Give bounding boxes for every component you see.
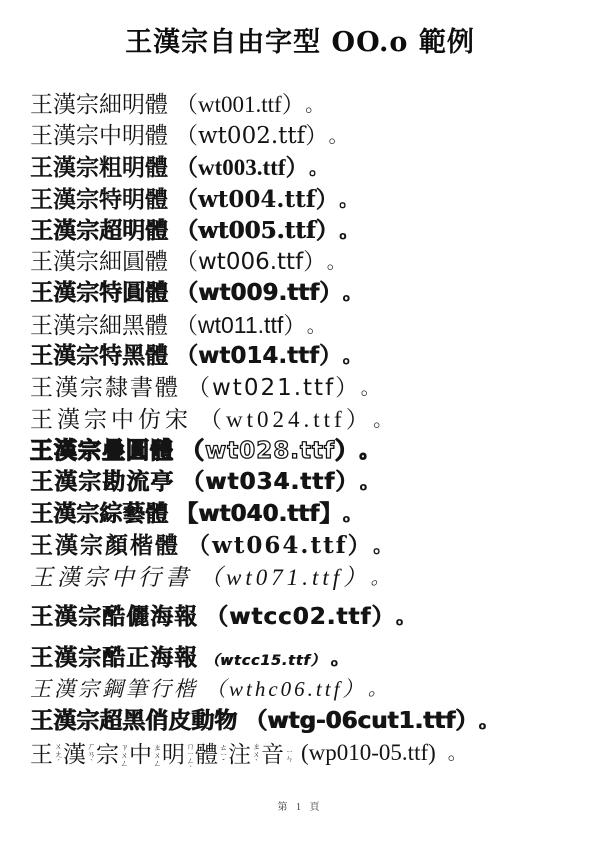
han-character: 中: [129, 739, 152, 771]
ideographic-period: 。: [368, 679, 390, 700]
font-name: 王漢宗細明體: [30, 92, 168, 117]
zhuyin-ruby: ㄗㄨㄥ: [120, 743, 128, 767]
han-character: 注: [228, 739, 251, 771]
font-name: 王漢宗酷儷海報: [30, 604, 198, 630]
font-sample-row: 王漢宗特明體（wt004.ttf）。: [30, 184, 600, 216]
font-sample-row: 王漢宗特圓體（wt009.ttf）。: [30, 278, 600, 310]
font-name: 王漢宗顏楷體: [30, 532, 180, 559]
ideographic-period: 。: [371, 568, 394, 589]
zhuyin-annotated-char: 漢ㄏㄢˋ: [63, 739, 96, 771]
ideographic-period: 。: [479, 710, 498, 732]
font-sample-row: 王漢宗隸書體（wt021.ttf）。: [30, 373, 600, 405]
han-character: 王: [30, 739, 53, 771]
font-filename: （wt034.ttf）: [181, 469, 348, 495]
ideographic-period: 。: [343, 345, 362, 367]
zhuyin-annotated-char: 注ㄓㄨˋ: [228, 739, 261, 771]
han-character: 音: [261, 739, 284, 771]
ideographic-period: 。: [309, 158, 328, 179]
font-name: 王漢宗超黑俏皮動物: [30, 708, 237, 734]
font-filename: (wp010-05.ttf): [301, 740, 436, 765]
font-name: 王漢宗中仿宋: [30, 407, 192, 432]
font-sample-row: 王漢宗特黑體（wt014.ttf）。: [30, 341, 600, 373]
font-sample-row: 王漢宗鋼筆行楷（wthc06.ttf）。: [30, 674, 600, 706]
ideographic-period: 。: [396, 606, 416, 628]
font-filename: （wt003.ttf）: [175, 155, 297, 180]
zhuyin-annotated-char: 體ㄊㄧˇ: [195, 739, 228, 771]
page-title: 王漢宗自由字型 OO.o 範例: [0, 26, 600, 59]
ideographic-period: 。: [343, 282, 362, 304]
font-filename: （wt006.ttf）: [175, 249, 315, 275]
font-name: 王漢宗勘流亭: [30, 469, 174, 495]
font-filename: （wt002.ttf）: [175, 123, 317, 149]
document-page: 王漢宗自由字型 OO.o 範例 王漢宗細明體（wt001.ttf）。王漢宗中明體…: [0, 0, 600, 848]
ideographic-period: 。: [329, 125, 348, 147]
zhuyin-ruby: ㄇㄧㄥˊ: [186, 742, 194, 768]
zhuyin-ruby: ㄨㄤˊ: [54, 742, 62, 767]
font-sample-row: 王漢宗顏楷體（wt064.ttf）。: [30, 530, 600, 562]
ideographic-period: 。: [360, 440, 380, 462]
font-name: 王漢宗特明體: [30, 186, 168, 213]
font-filename: （wt009.ttf）: [175, 280, 331, 306]
ideographic-period: 。: [339, 189, 358, 211]
font-name: 王漢宗鋼筆行楷: [30, 677, 198, 701]
font-filename: （wt021.ttf）: [187, 375, 349, 401]
font-sample-row: 王漢宗粗明體（wt003.ttf）。: [30, 152, 600, 184]
han-character: 體: [195, 739, 218, 771]
font-name: 王漢宗隸書體: [30, 375, 180, 401]
font-sample-row: 王漢宗超明體（wt005.ttf）。: [30, 215, 600, 247]
zhuyin-ruby: ㄓㄨㄥ: [153, 743, 161, 767]
ideographic-period: 。: [307, 316, 326, 337]
ideographic-period: 。: [361, 377, 382, 399]
font-sample-row: 王ㄨㄤˊ漢ㄏㄢˋ宗ㄗㄨㄥ中ㄓㄨㄥ明ㄇㄧㄥˊ體ㄊㄧˇ注ㄓㄨˋ音ㄧㄣ(wp010-0…: [30, 737, 600, 769]
font-name: 王漢宗中行書: [30, 565, 192, 590]
font-sample-list: 王漢宗細明體（wt001.ttf）。王漢宗中明體（wt002.ttf）。王漢宗粗…: [0, 89, 600, 769]
font-filename: （wt024.ttf）: [199, 407, 361, 432]
font-sample-row: 王漢宗細圓體（wt006.ttf）。: [30, 247, 600, 279]
font-filename: （wt071.ttf）: [199, 565, 359, 590]
font-filename: （wt028.ttf）: [181, 438, 348, 464]
ideographic-period: 。: [343, 503, 362, 525]
zhuyin-ruby: ㄏㄢˋ: [87, 742, 95, 767]
font-name: 王漢宗中明體: [30, 123, 168, 149]
font-filename: （wt011.ttf）: [175, 312, 295, 338]
zhuyin-annotated-char: 宗ㄗㄨㄥ: [96, 739, 129, 771]
ideographic-period: 。: [339, 220, 358, 242]
ideographic-period: 。: [331, 647, 351, 669]
font-name: 王漢宗疊圓體: [30, 438, 174, 464]
font-sample-row: 王漢宗超黑俏皮動物（wtg-06cut1.ttf）。: [30, 706, 600, 738]
font-sample-row: 王漢宗疊圓體（wt028.ttf）。: [30, 436, 600, 468]
zhuyin-ruby: ㄓㄨˋ: [252, 742, 260, 767]
font-name: 王ㄨㄤˊ漢ㄏㄢˋ宗ㄗㄨㄥ中ㄓㄨㄥ明ㄇㄧㄥˊ體ㄊㄧˇ注ㄓㄨˋ音ㄧㄣ: [30, 740, 294, 765]
ideographic-period: 。: [373, 535, 394, 557]
font-name: 王漢宗細圓體: [30, 249, 168, 275]
font-name: 王漢宗粗明體: [30, 155, 168, 180]
han-character: 宗: [96, 739, 119, 771]
font-filename: （wt001.ttf）: [175, 92, 293, 117]
font-name: 王漢宗酷正海報: [30, 645, 198, 671]
font-filename: （wt014.ttf）: [175, 343, 331, 369]
font-filename: （wt004.ttf）: [175, 186, 327, 213]
ideographic-period: 。: [360, 471, 380, 493]
ideographic-period: 。: [448, 743, 467, 764]
font-filename: （wtg-06cut1.ttf）: [244, 708, 467, 734]
font-name: 王漢宗特圓體: [30, 280, 168, 306]
zhuyin-ruby: ㄊㄧˇ: [219, 743, 227, 766]
page-number: 第 1 頁: [0, 798, 600, 813]
font-filename: （wtcc15.ttf）: [205, 653, 319, 669]
font-name: 王漢宗超明體: [30, 217, 168, 244]
zhuyin-annotated-char: 明ㄇㄧㄥˊ: [162, 739, 195, 771]
zhuyin-annotated-char: 中ㄓㄨㄥ: [129, 739, 162, 771]
font-sample-row: 王漢宗酷正海報（wtcc15.ttf）。: [30, 643, 600, 675]
font-sample-row: 王漢宗中仿宋（wt024.ttf）。: [30, 404, 600, 436]
font-filename: （wt005.ttf）: [175, 217, 327, 244]
ideographic-period: 。: [373, 410, 396, 431]
han-character: 漢: [63, 739, 86, 771]
font-name: 王漢宗綜藝體: [30, 501, 168, 527]
ideographic-period: 。: [327, 251, 346, 273]
font-name: 王漢宗細黑體: [30, 312, 168, 338]
ideographic-period: 。: [305, 95, 324, 116]
font-sample-row: 王漢宗酷儷海報（wtcc02.ttf）。: [30, 602, 600, 634]
font-sample-row: 王漢宗綜藝體【wt040.ttf】。: [30, 499, 600, 531]
font-filename: （wtcc02.ttf）: [205, 604, 384, 630]
font-filename: 【wt040.ttf】: [175, 501, 331, 527]
font-sample-row: 王漢宗中明體（wt002.ttf）。: [30, 121, 600, 153]
font-sample-row: 王漢宗勘流亭（wt034.ttf）。: [30, 467, 600, 499]
zhuyin-ruby: ㄧㄣ: [285, 748, 293, 762]
font-sample-row: 王漢宗細黑體（wt011.ttf）。: [30, 310, 600, 342]
zhuyin-annotated-char: 王ㄨㄤˊ: [30, 739, 63, 771]
font-name: 王漢宗特黑體: [30, 343, 168, 369]
font-filename: （wthc06.ttf）: [205, 677, 356, 701]
font-sample-row: 王漢宗中行書（wt071.ttf）。: [30, 562, 600, 594]
font-filename: （wt064.ttf）: [187, 532, 361, 559]
zhuyin-annotated-char: 音ㄧㄣ: [261, 739, 294, 771]
font-sample-row: 王漢宗細明體（wt001.ttf）。: [30, 89, 600, 121]
han-character: 明: [162, 739, 185, 771]
